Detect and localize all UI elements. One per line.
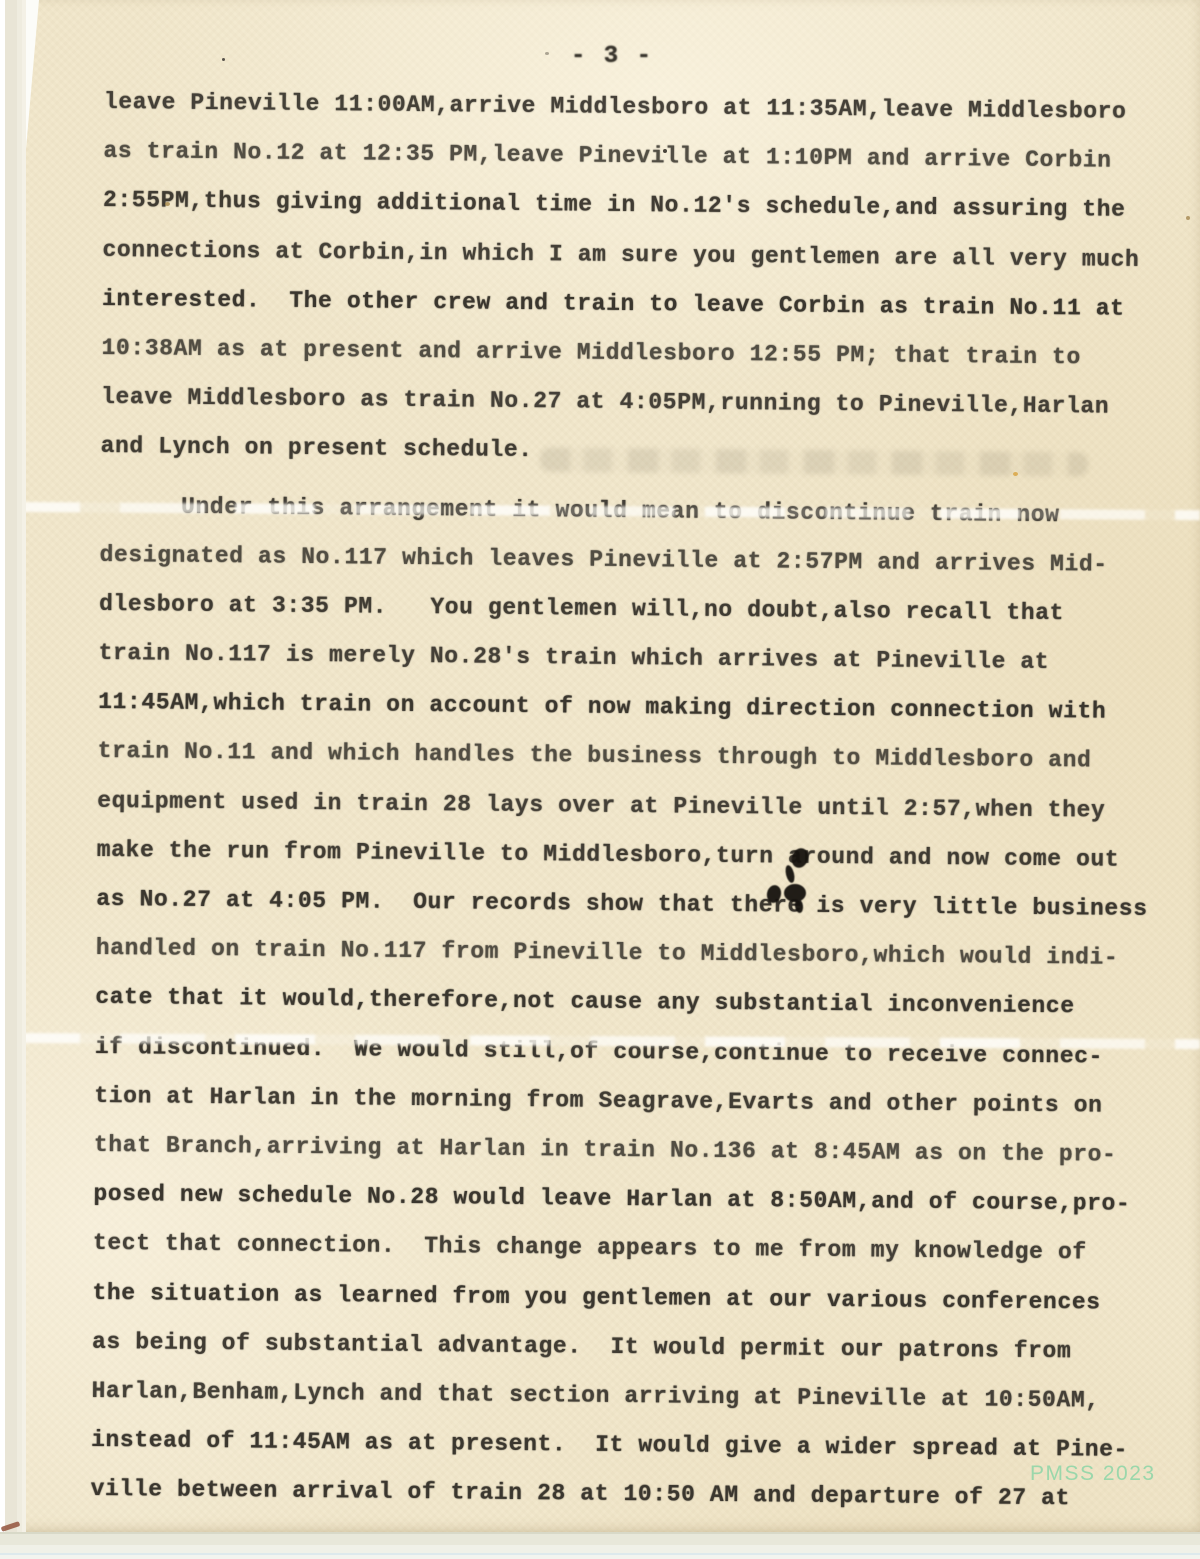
paper-speck xyxy=(1186,216,1190,220)
ink-bleedthrough-smudge xyxy=(540,448,1088,477)
text-line: handled on train No.117 from Pineville t… xyxy=(95,935,1171,995)
paper-speck xyxy=(663,149,667,153)
paper-speck xyxy=(545,52,549,55)
scanned-letter-page: - 3 - leave Pineville 11:00AM,arrive Mid… xyxy=(0,0,1200,1559)
paragraph-1: leave Pineville 11:00AM,arrive Middlesbo… xyxy=(100,89,1180,493)
paper-speck xyxy=(222,58,225,61)
text-line: make the run from Pineville to Middlesbo… xyxy=(96,837,1172,897)
letter-body: leave Pineville 11:00AM,arrive Middlesbo… xyxy=(0,0,1200,1536)
text-line: train No.117 is merely No.28's train whi… xyxy=(98,640,1174,700)
paper-speck xyxy=(165,202,170,206)
paragraph-2: Under this arrangement it would mean to … xyxy=(90,492,1176,1535)
ink-blot xyxy=(750,840,820,920)
text-line: ville between arrival of train 28 at 10:… xyxy=(90,1476,1166,1536)
text-line: tect that connection. This change appear… xyxy=(93,1230,1169,1290)
text-line: Harlan,Benham,Lynch and that section arr… xyxy=(91,1378,1167,1438)
text-line: that Branch,arriving at Harlan in train … xyxy=(94,1132,1170,1192)
paper-speck xyxy=(1013,472,1018,476)
paper-sheet: - 3 - leave Pineville 11:00AM,arrive Mid… xyxy=(0,0,1200,1533)
text-line: connections at Corbin,in which I am sure… xyxy=(102,237,1178,297)
watermark: PMSS 2023 xyxy=(1030,1462,1156,1486)
scanner-edge-left xyxy=(0,0,26,1559)
scanner-edge-bottom xyxy=(0,1532,1200,1559)
